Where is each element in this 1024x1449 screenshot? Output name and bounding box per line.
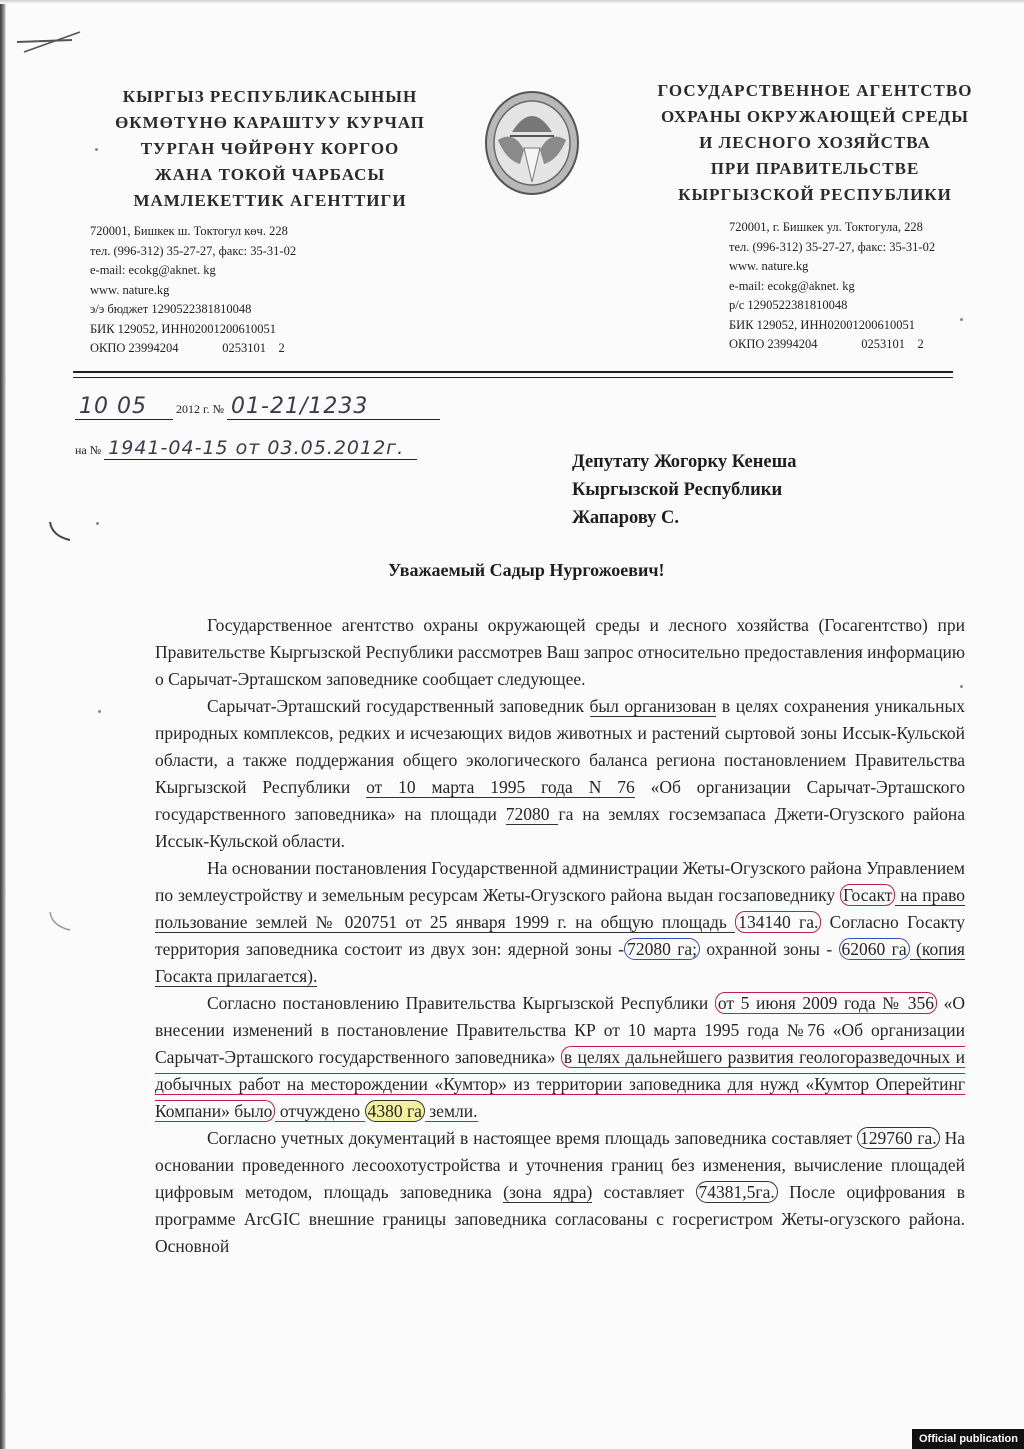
on-label: на №: [75, 443, 101, 457]
agency-name-kyrgyz: КЫРГЫЗ РЕСПУБЛИКАСЫНЫН ӨКМӨТҮНӨ КАРАШТУУ…: [100, 84, 440, 214]
text: составляет: [592, 1182, 695, 1202]
margin-hole-mark: [44, 518, 78, 546]
address-block-kyrgyz: 720001, Бишкек ш. Токтогул көч. 228 тел.…: [90, 222, 296, 359]
text: Сарычат-Эрташский государственный запове…: [207, 696, 590, 716]
text: отчуждено: [275, 1101, 364, 1122]
pen-stroke-mark: [14, 28, 86, 58]
paragraph: Согласно постановлению Правительства Кыр…: [155, 990, 965, 1125]
header-line: ТУРГАН ЧӨЙРӨНҮ КОРГОО: [100, 136, 440, 162]
addressee-line: Кыргызской Республики: [572, 476, 796, 504]
header-line: ОХРАНЫ ОКРУЖАЮЩЕЙ СРЕДЫ: [640, 104, 990, 130]
underlined-text: был организован: [590, 696, 717, 717]
speck: [960, 318, 963, 321]
header-line: ӨКМӨТҮНӨ КАРАШТУУ КУРЧАП: [100, 110, 440, 136]
underlined-text: 72080: [506, 804, 559, 825]
underlined-text: (зона ядра): [503, 1182, 592, 1203]
agency-name-russian: ГОСУДАРСТВЕННОЕ АГЕНТСТВО ОХРАНЫ ОКРУЖАЮ…: [640, 78, 990, 208]
speck: [98, 710, 101, 713]
address-block-russian: 720001, г. Бишкек ул. Токтогула, 228 тел…: [729, 218, 935, 355]
circled-text: Госакт: [840, 884, 895, 906]
header-line: МАМЛЕКЕТТИК АГЕНТТИГИ: [100, 188, 440, 214]
text: охранной зоны -: [700, 939, 838, 959]
header-line: ГОСУДАРСТВЕННОЕ АГЕНТСТВО: [640, 78, 990, 104]
salutation: Уважаемый Садыр Нургожоевич!: [388, 560, 664, 581]
addressee: Депутату Жогорку Кенеша Кыргызской Респу…: [572, 448, 796, 532]
incoming-reference: на № 1941-04-15 от 03.05.2012г.: [75, 437, 417, 460]
paragraph: Согласно учетных документаций в настояще…: [155, 1125, 965, 1260]
year-label: 2012 г. №: [176, 402, 224, 416]
state-emblem-seal-icon: [484, 90, 580, 196]
official-publication-badge: Official publication: [912, 1429, 1024, 1449]
circled-text: 62060 га: [839, 938, 910, 960]
scan-top-shadow: [0, 0, 1024, 4]
header-line: КЫРГЫЗСКОЙ РЕСПУБЛИКИ: [640, 182, 990, 208]
text: земли.: [425, 1101, 478, 1122]
letterhead-divider: [73, 377, 953, 378]
circled-text: 4380 га: [365, 1100, 425, 1122]
text: Согласно учетных документаций в настояще…: [207, 1128, 857, 1148]
header-line: ПРИ ПРАВИТЕЛЬСТВЕ: [640, 156, 990, 182]
paragraph: Государственное агентство охраны окружаю…: [155, 612, 965, 693]
handwritten-number: 01-21/1233: [227, 394, 440, 420]
handwritten-date: 10 05: [75, 394, 173, 420]
paragraph: Сарычат-Эрташский государственный запове…: [155, 693, 965, 855]
header-line: КЫРГЫЗ РЕСПУБЛИКАСЫНЫН: [100, 84, 440, 110]
handwritten-incoming: 1941-04-15 от 03.05.2012г.: [104, 437, 417, 460]
margin-hole-mark: [44, 908, 78, 936]
header-line: ЖАНА ТОКОЙ ЧАРБАСЫ: [100, 162, 440, 188]
underlined-text: от 10 марта 1995 года N 76: [366, 777, 635, 798]
text: Согласно постановлению Правительства Кыр…: [207, 993, 715, 1013]
circled-text: 74381,5га.: [696, 1181, 778, 1203]
speck: [95, 148, 98, 151]
header-line: И ЛЕСНОГО ХОЗЯЙСТВА: [640, 130, 990, 156]
speck: [96, 522, 99, 525]
paragraph: На основании постановления Государственн…: [155, 855, 965, 990]
circled-text: 72080 га;: [624, 938, 700, 960]
circled-text: от 5 июня 2009 года № 356: [715, 992, 937, 1014]
scan-edge-shadow: [0, 0, 6, 1449]
addressee-line: Жапарову С.: [572, 504, 796, 532]
letterhead-divider: [73, 371, 953, 373]
circled-text: 134140 га.: [735, 911, 821, 933]
addressee-line: Депутату Жогорку Кенеша: [572, 448, 796, 476]
letter-body: Государственное агентство охраны окружаю…: [155, 612, 965, 1260]
circled-text: 129760 га.: [857, 1127, 940, 1149]
outgoing-reference: 10 05 2012 г. № 01-21/1233: [75, 394, 440, 420]
